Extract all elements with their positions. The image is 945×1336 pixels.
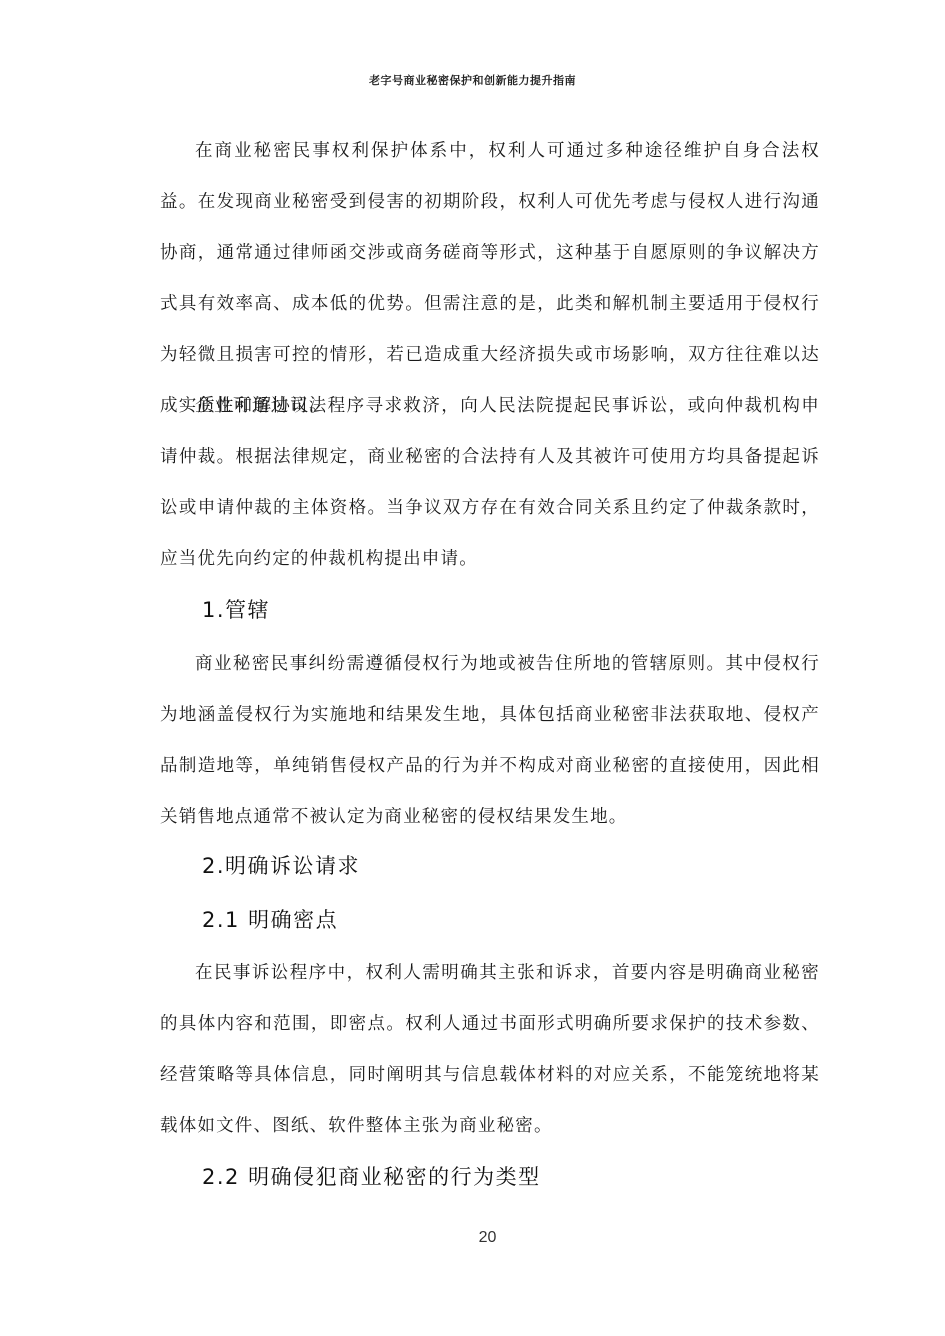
heading-infringement-types: 2.2 明确侵犯商业秘密的行为类型 (202, 1161, 541, 1191)
page-number: 20 (0, 1229, 945, 1247)
paragraph-jurisdiction: 商业秘密民事纠纷需遵循侵权行为地或被告住所地的管辖原则。其中侵权行为地涵盖侵权行… (160, 639, 820, 843)
paragraph-secret-points: 在民事诉讼程序中，权利人需明确其主张和诉求，首要内容是明确商业秘密的具体内容和范… (160, 948, 820, 1152)
paragraph-judicial-remedy: 企业可通过司法程序寻求救济，向人民法院提起民事诉讼，或向仲裁机构申请仲裁。根据法… (160, 381, 820, 585)
running-header: 老字号商业秘密保护和创新能力提升指南 (0, 72, 945, 88)
heading-secret-points: 2.1 明确密点 (202, 904, 338, 934)
heading-claims: 2.明确诉讼请求 (202, 850, 360, 880)
heading-jurisdiction: 1.管辖 (202, 594, 270, 624)
